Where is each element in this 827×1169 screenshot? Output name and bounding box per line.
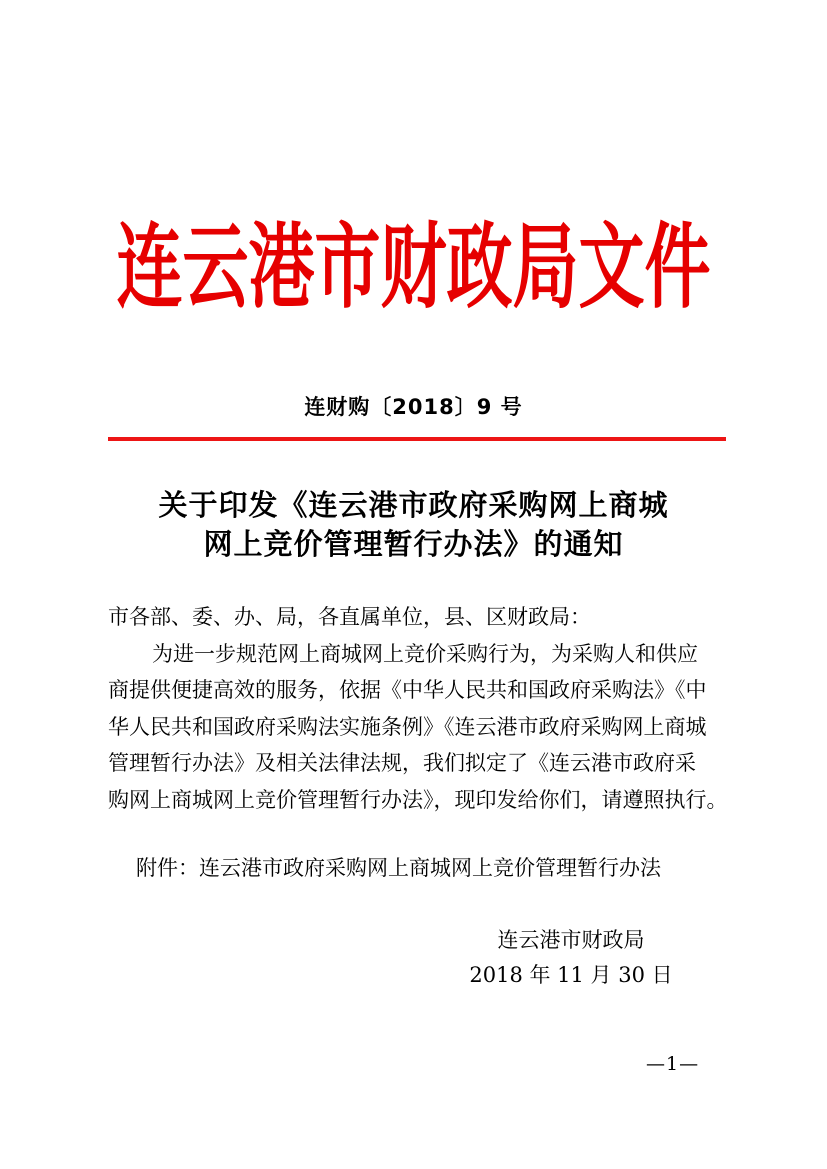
red-divider-rule bbox=[108, 437, 726, 441]
body-paragraph-line: 商提供便捷高效的服务，依据《中华人民共和国政府采购法》《中 bbox=[108, 672, 728, 709]
attachment-line: 附件：连云港市政府采购网上商城网上竞价管理暂行办法 bbox=[136, 856, 661, 880]
body-paragraph-line: 管理暂行办法》及相关法律法规，我们拟定了《连云港市政府采 bbox=[108, 745, 728, 782]
signature-block: 连云港市财政局 2018 年 11 月 30 日 bbox=[380, 923, 762, 993]
signature-date: 2018 年 11 月 30 日 bbox=[380, 958, 762, 993]
body-paragraph-line: 为进一步规范网上商城网上竞价采购行为，为采购人和供应 bbox=[108, 636, 728, 673]
document-title: 关于印发《连云港市政府采购网上商城 网上竞价管理暂行办法》的通知 bbox=[0, 486, 827, 564]
masthead-title: 连云港市财政局文件 bbox=[0, 187, 827, 347]
page-number: —1— bbox=[646, 1053, 699, 1075]
body-paragraph-line: 华人民共和国政府采购法实施条例》《连云港市政府采购网上商城 bbox=[108, 709, 728, 746]
document-title-line-1: 关于印发《连云港市政府采购网上商城 bbox=[0, 486, 827, 525]
body-paragraph-line: 购网上商城网上竞价管理暂行办法》，现印发给你们，请遵照执行。 bbox=[108, 782, 728, 819]
salutation-line: 市各部、委、办、局，各直属单位，县、区财政局： bbox=[108, 599, 728, 636]
document-title-line-2: 网上竞价管理暂行办法》的通知 bbox=[0, 525, 827, 564]
document-page: 连云港市财政局文件 连财购〔2018〕9 号 关于印发《连云港市政府采购网上商城… bbox=[0, 0, 827, 1169]
document-number: 连财购〔2018〕9 号 bbox=[0, 391, 827, 421]
signature-organization: 连云港市财政局 bbox=[380, 923, 762, 958]
document-body: 市各部、委、办、局，各直属单位，县、区财政局： 为进一步规范网上商城网上竞价采购… bbox=[108, 599, 728, 818]
